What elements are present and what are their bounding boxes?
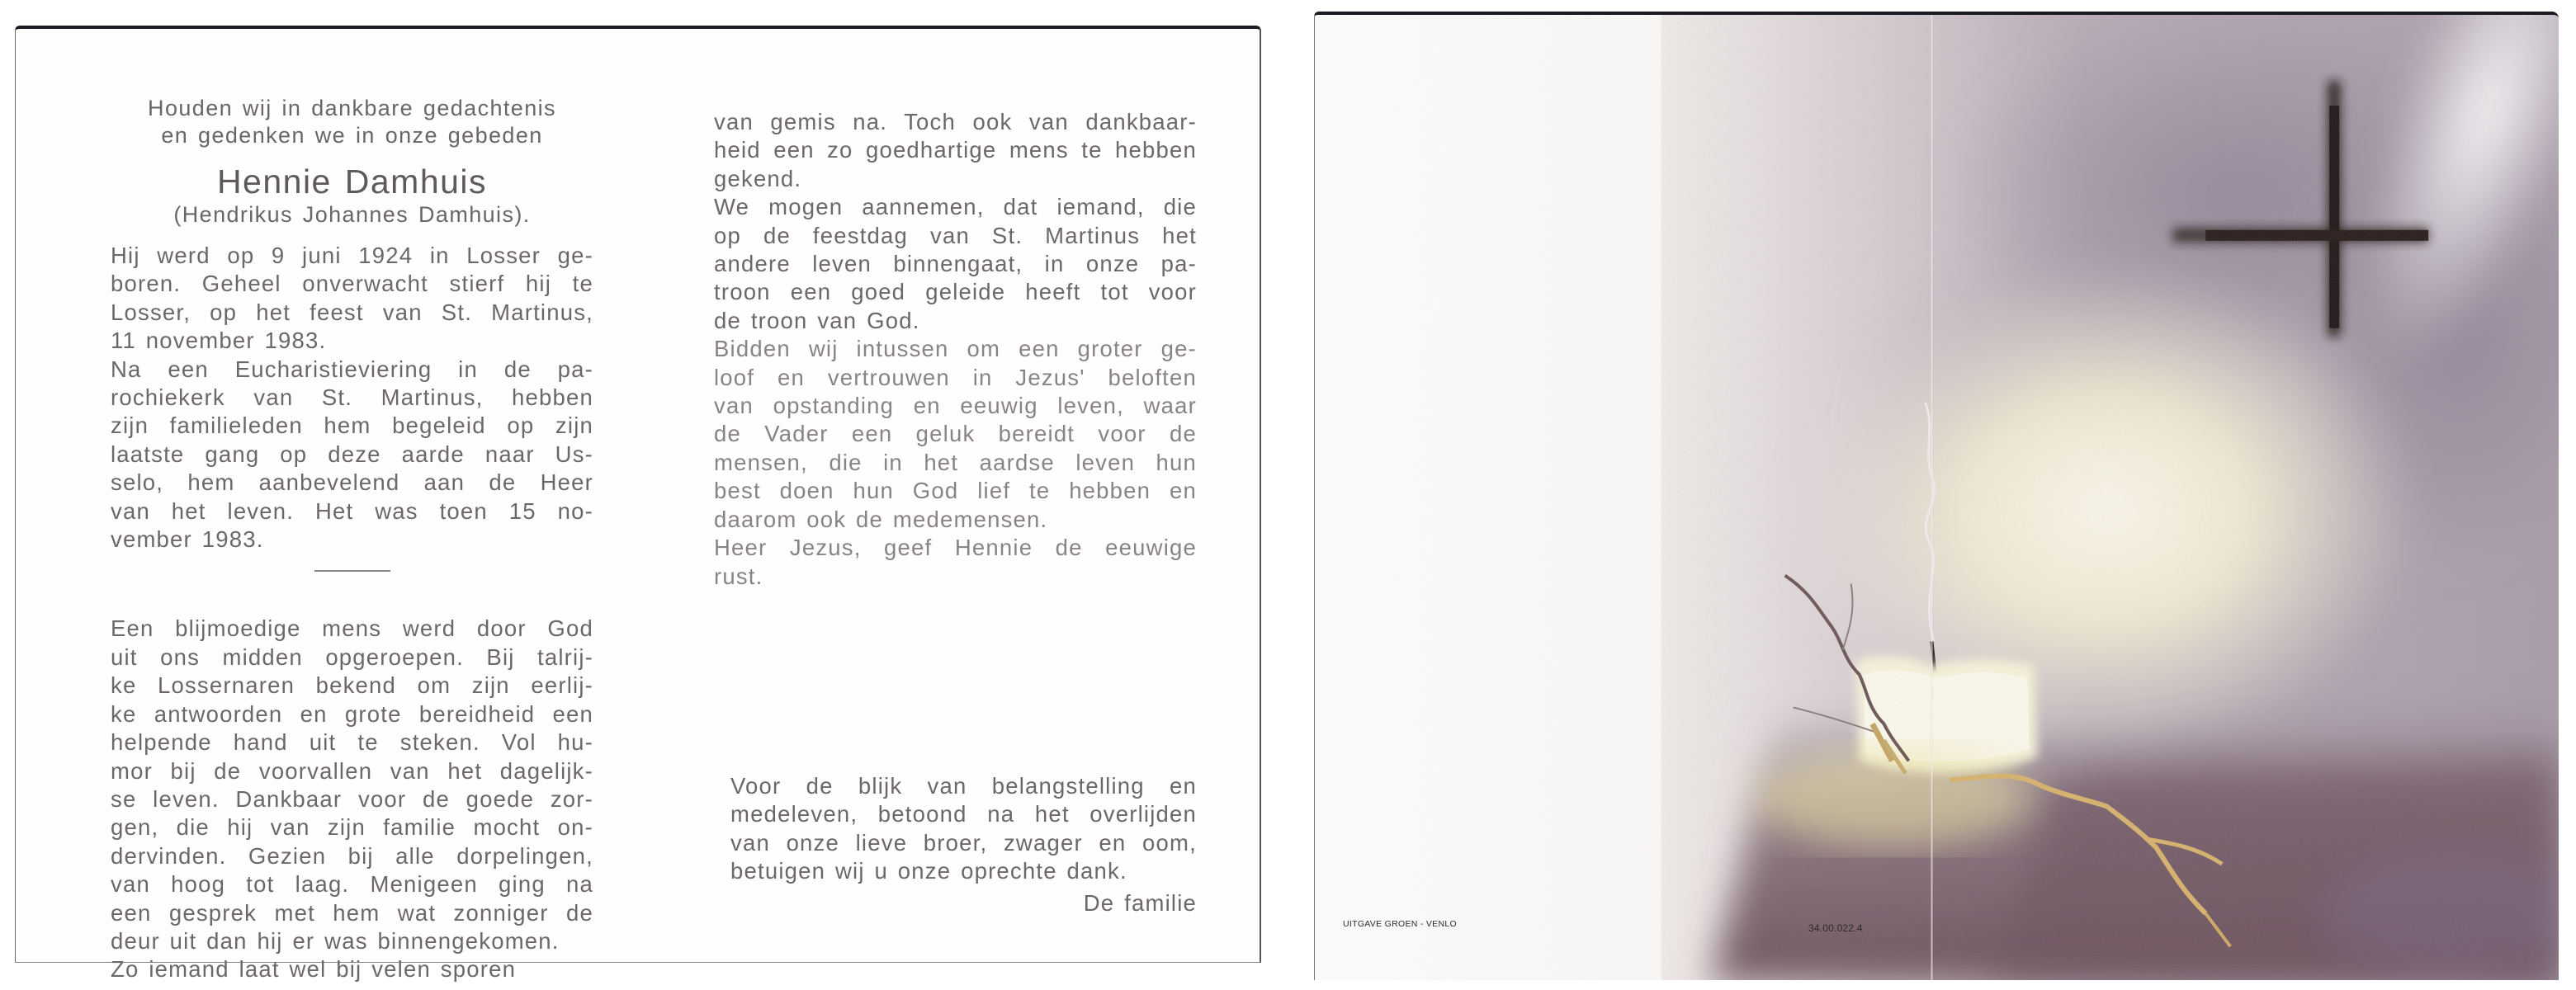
text-line: vember 1983. [111,526,593,554]
text-line: Bidden wij intussen om een groter ge- [714,335,1197,363]
text-line: ke Lossernaren bekend om zijn eerlij- [111,672,593,700]
text-line: rust. [714,563,1197,591]
text-line: deur uit dan hij er was binnengekomen. [111,927,593,955]
intro-heading: Houden wij in dankbare gedachtenis en ge… [111,95,593,149]
text-line: heid een zo goedhartige mens te hebben [714,136,1197,164]
text-line: van onze lieve broer, zwager en oom, [730,829,1197,857]
saint-martinus-paragraph: We mogen aannemen, dat iemand, dieop de … [714,193,1197,335]
thanks-block: Voor de blijk van belangstelling enmedel… [730,772,1197,917]
text-line: Na een Eucharistieviering in de pa- [111,356,593,384]
prayer-paragraph: Bidden wij intussen om een groter ge-loo… [714,335,1197,534]
memorial-card-text-page: Houden wij in dankbare gedachtenis en ge… [15,26,1261,963]
text-line: van hoog tot laag. Menigeen ging na [111,870,593,898]
text-line: helpende hand uit te steken. Vol hu- [111,728,593,757]
text-line: andere leven binnengaat, in onze pa- [714,250,1197,278]
text-line: van opstanding en eeuwig leven, waar [714,392,1197,420]
text-line: loof en vertrouwen in Jezus' beloften [714,364,1197,392]
text-line: uit ons midden opgeroepen. Bij talrij- [111,643,593,672]
text-line: best doen hun God lief te hebben en [714,477,1197,505]
text-column-left: Houden wij in dankbare gedachtenis en ge… [111,95,593,984]
text-line: 11 november 1983. [111,327,593,355]
text-line: gen, die hij van zijn familie mocht on- [111,813,593,841]
deceased-full-name: (Hendrikus Johannes Damhuis). [111,202,593,227]
text-line: betuigen wij u onze oprechte dank. [730,857,1197,885]
text-line: gekend. [714,165,1197,193]
text-line: Zo iemand laat wel bij velen sporen [111,955,593,983]
text-line: se leven. Dankbaar voor de goede zor- [111,785,593,813]
text-line: boren. Geheel onverwacht stierf hij te [111,270,593,298]
publisher-imprint: UITGAVE GROEN - VENLO [1343,919,1457,929]
text-line: dervinden. Gezien bij alle dorpelingen, [111,842,593,870]
closing-prayer: Heer Jezus, geef Hennie de eeuwigerust. [714,534,1197,591]
text-column-right: van gemis na. Toch ook van dankbaar-heid… [714,108,1197,591]
text-line: Voor de blijk van belangstelling en [730,772,1197,800]
biography-paragraph: Hij werd op 9 juni 1924 in Losser ge-bor… [111,242,593,554]
memorial-card-picture-page: UITGAVE GROEN - VENLO 34.00.022.4 [1314,12,2559,980]
text-line: ke antwoorden en grote bereidheid een [111,700,593,728]
text-line: van het leven. Het was toen 15 no- [111,497,593,526]
thanks-paragraph: Voor de blijk van belangstelling enmedel… [730,772,1197,886]
text-line: laatste gang op deze aarde naar Us- [111,441,593,469]
intro-line: en gedenken we in onze gebeden [111,122,593,149]
text-line: rochiekerk van St. Martinus, hebben [111,384,593,412]
text-line: mor bij de voorvallen van het dagelijk- [111,757,593,785]
text-line: troon een goed geleide heeft tot voor [714,278,1197,306]
signature: De familie [730,889,1197,917]
gratitude-paragraph: van gemis na. Toch ook van dankbaar-heid… [714,108,1197,193]
card-fold-line [1931,15,1933,980]
text-line: de troon van God. [714,307,1197,335]
text-line: zijn familieleden hem begeleid op zijn [111,412,593,440]
deceased-name: Hennie Damhuis [111,161,593,202]
cross-and-candle-painting [1315,15,2559,980]
text-line: Hij werd op 9 juni 1924 in Losser ge- [111,242,593,270]
tribute-paragraph: Een blijmoedige mens werd door Goduit on… [111,615,593,983]
text-line: We mogen aannemen, dat iemand, die [714,193,1197,221]
text-line: daarom ook de medemensen. [714,506,1197,534]
text-line: de Vader een geluk bereidt voor de [714,420,1197,448]
text-line: van gemis na. Toch ook van dankbaar- [714,108,1197,136]
text-line: selo, hem aanbevelend aan de Heer [111,469,593,497]
text-line: Heer Jezus, geef Hennie de eeuwige [714,534,1197,562]
section-divider [314,570,390,572]
intro-line: Houden wij in dankbare gedachtenis [111,95,593,122]
text-line: Een blijmoedige mens werd door God [111,615,593,643]
text-line: op de feestdag van St. Martinus het [714,222,1197,250]
text-line: een gesprek met hem wat zonniger de [111,899,593,927]
text-line: mensen, die in het aardse leven hun [714,449,1197,477]
text-line: Losser, op het feest van St. Martinus, [111,299,593,327]
text-line: medeleven, betoond na het overlijden [730,800,1197,828]
catalog-number: 34.00.022.4 [1808,922,1863,934]
